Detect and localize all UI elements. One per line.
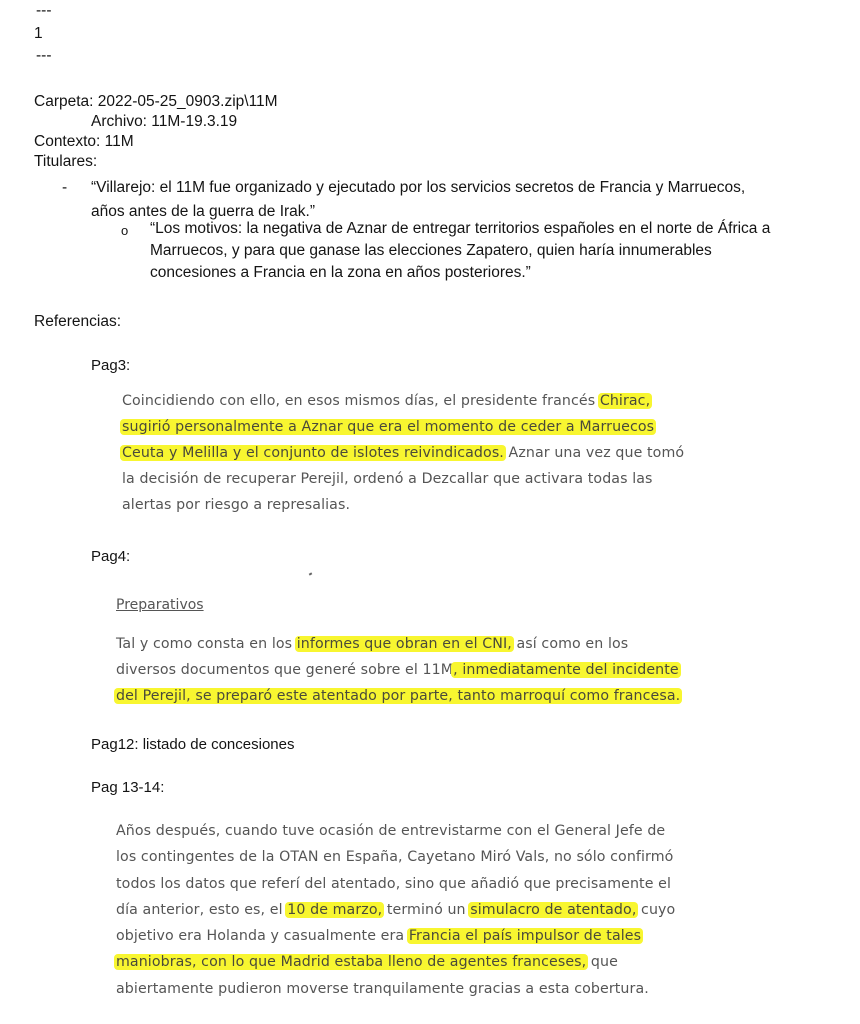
page-ref-13-14-label: Pag 13-14: — [91, 779, 164, 796]
excerpt-line: objetivo era Holanda y casualmente era F… — [116, 923, 675, 949]
file-name: Archivo: 11M-19.3.19 — [91, 112, 237, 132]
context-label: Contexto: 11M — [34, 132, 134, 152]
excerpt-subheading: Preparativos — [116, 597, 204, 613]
headline-sub: “Los motivos: la negativa de Aznar de en… — [150, 219, 770, 285]
separator-bottom: --- — [36, 46, 52, 66]
excerpt-text: Tal y como consta en los — [116, 636, 297, 652]
excerpt-line: Tal y como consta en los informes que ob… — [116, 631, 680, 657]
excerpt-line: Años después, cuando tuve ocasión de ent… — [116, 818, 675, 844]
excerpt-text: terminó un — [382, 902, 470, 918]
folder-path: Carpeta: 2022-05-25_0903.zip\11M — [34, 92, 278, 112]
excerpt-line: Ceuta y Melilla y el conjunto de islotes… — [122, 440, 684, 466]
headline-main-line: “Villarejo: el 11M fue organizado y ejec… — [91, 178, 745, 202]
headlines-label: Titulares: — [34, 152, 97, 172]
excerpt-line: la decisión de recuperar Perejil, ordenó… — [122, 466, 684, 492]
page-ref-4-label: Pag4: — [91, 548, 130, 565]
excerpt-text: los contingentes de la OTAN en España, C… — [116, 849, 673, 865]
highlighted-text: Ceuta y Melilla y el conjunto de islotes… — [120, 445, 506, 461]
excerpt-line: abiertamente pudieron moverse tranquilam… — [116, 976, 675, 1002]
highlighted-text: sugirió personalmente a Aznar que era el… — [120, 419, 656, 435]
page-ref-12-label: Pag12: listado de concesiones — [91, 736, 294, 753]
highlighted-text: informes que obran en el CNI, — [295, 636, 514, 652]
excerpt-text: que — [586, 954, 618, 970]
separator-top: --- — [36, 1, 52, 21]
highlighted-text: simulacro de atentado, — [468, 902, 638, 918]
excerpt-line: los contingentes de la OTAN en España, C… — [116, 844, 675, 870]
highlighted-text: del Perejil, se preparó este atentado po… — [114, 688, 682, 704]
excerpt-text: Aznar una vez que tomó — [504, 445, 684, 461]
excerpt-text: objetivo era Holanda y casualmente era — [116, 928, 409, 944]
excerpt-text: día anterior, esto es, el — [116, 902, 287, 918]
excerpt-line: sugirió personalmente a Aznar que era el… — [122, 414, 684, 440]
excerpt-text: alertas por riesgo a represalias. — [122, 497, 350, 513]
highlighted-text: Chirac, — [598, 393, 652, 409]
excerpt-text: Coincidiendo con ello, en esos mismos dí… — [122, 393, 600, 409]
headline-sub-line: “Los motivos: la negativa de Aznar de en… — [150, 219, 770, 241]
highlighted-text: Francia el país impulsor de tales — [407, 928, 643, 944]
page-number: 1 — [34, 24, 43, 44]
excerpt-line: Coincidiendo con ello, en esos mismos dí… — [122, 388, 684, 414]
highlighted-text: 10 de marzo, — [285, 902, 384, 918]
excerpt-line: del Perejil, se preparó este atentado po… — [116, 683, 680, 709]
excerpt-text: así como en los — [512, 636, 628, 652]
excerpt-text: todos los datos que referí del atentado,… — [116, 876, 671, 892]
excerpt-line: día anterior, esto es, el 10 de marzo, t… — [116, 897, 675, 923]
excerpt-line: diversos documentos que generé sobre el … — [116, 657, 680, 683]
highlighted-text: maniobras, con lo que Madrid estaba llen… — [114, 954, 588, 970]
headline-sub-line: concesiones a Francia en la zona en años… — [150, 263, 770, 285]
headline-sub-line: Marruecos, y para que ganase las eleccio… — [150, 241, 770, 263]
highlighted-text: , inmediatamente del incidente — [451, 662, 681, 678]
excerpt-line: todos los datos que referí del atentado,… — [116, 871, 675, 897]
page-4-excerpt: Tal y como consta en los informes que ob… — [116, 631, 680, 709]
page-ref-3-label: Pag3: — [91, 357, 130, 374]
page-13-14-excerpt: Años después, cuando tuve ocasión de ent… — [116, 818, 675, 1002]
excerpt-text: abiertamente pudieron moverse tranquilam… — [116, 981, 649, 997]
excerpt-text: la decisión de recuperar Perejil, ordenó… — [122, 471, 653, 487]
dash-bullet-icon: - — [62, 178, 67, 198]
excerpt-line: alertas por riesgo a represalias. — [122, 492, 684, 518]
excerpt-text: diversos documentos que generé sobre el … — [116, 662, 453, 678]
excerpt-text: cuyo — [636, 902, 675, 918]
excerpt-text: Años después, cuando tuve ocasión de ent… — [116, 823, 665, 839]
circle-bullet-icon: o — [121, 221, 128, 241]
page-3-excerpt: Coincidiendo con ello, en esos mismos dí… — [122, 388, 684, 518]
stray-mark — [309, 572, 313, 575]
excerpt-line: maniobras, con lo que Madrid estaba llen… — [116, 949, 675, 975]
references-label: Referencias: — [34, 312, 121, 332]
